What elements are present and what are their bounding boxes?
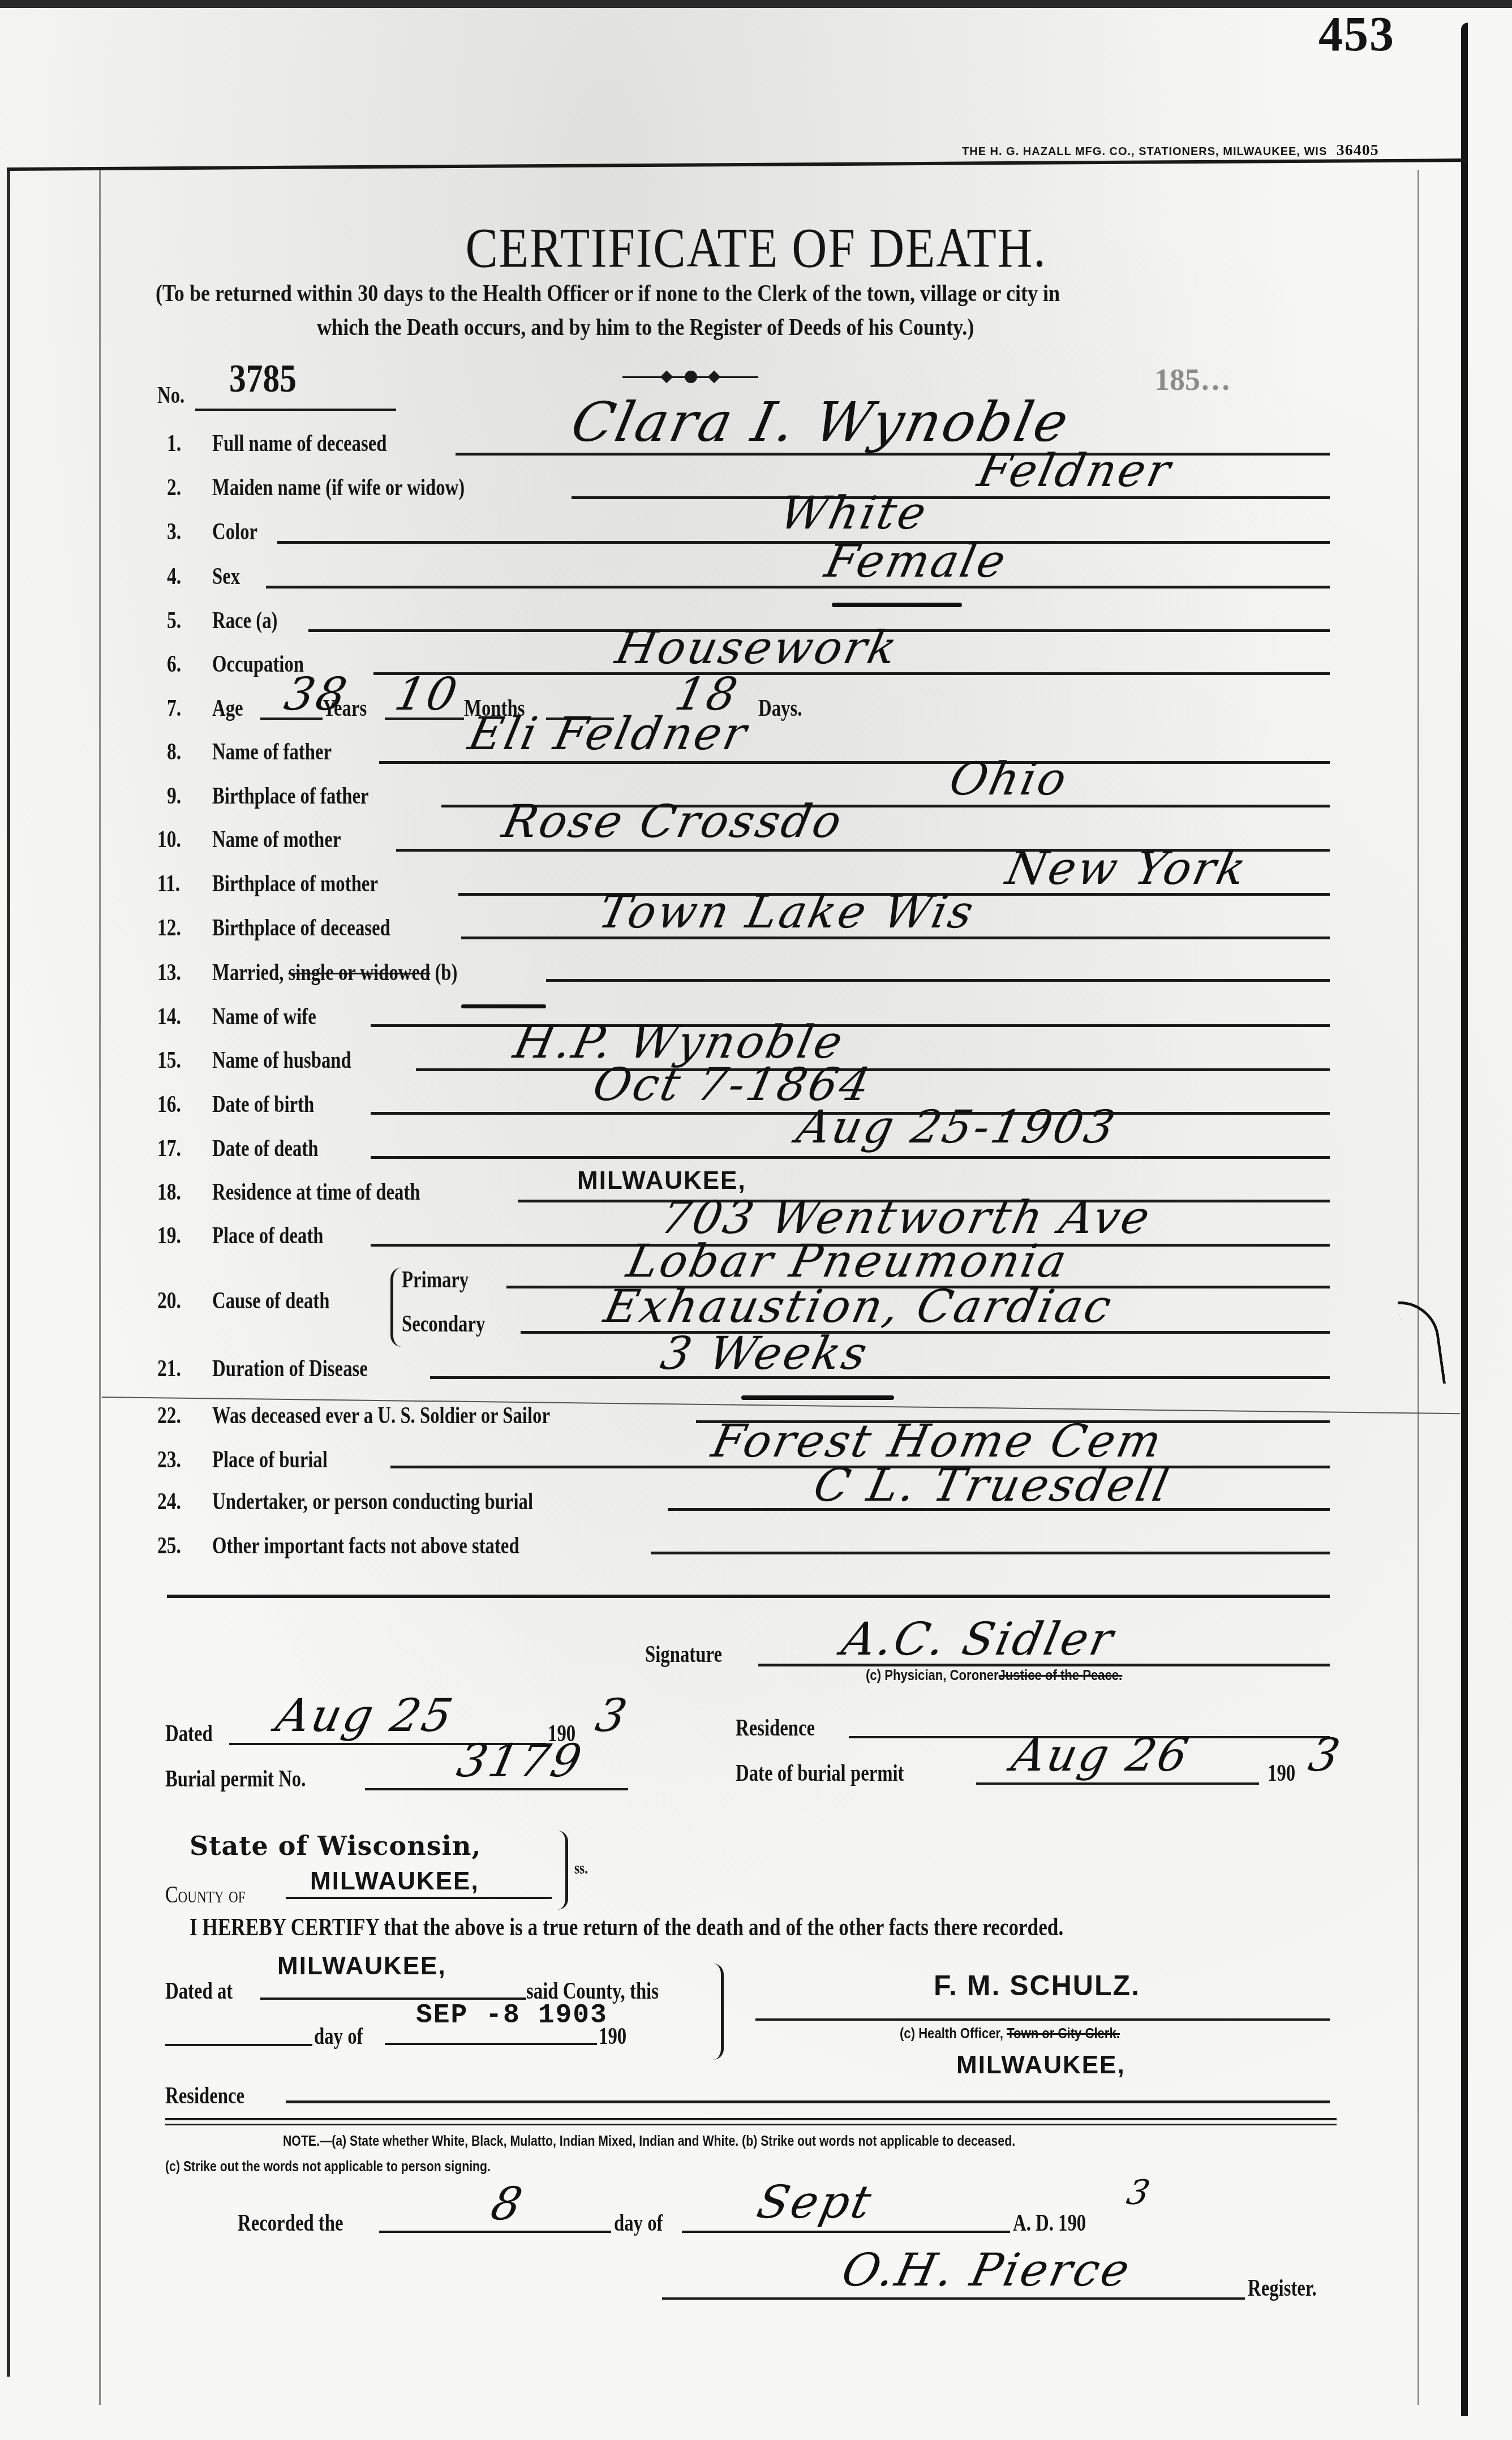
father-name[interactable]: Eli Feldner: [464, 707, 753, 760]
field-3-line: [277, 541, 1330, 544]
recorded-day-of-label: day of: [614, 2210, 663, 2237]
field-15-label: Name of husband: [212, 1047, 351, 1074]
field-24-label: Undertaker, or person conducting burial: [212, 1488, 533, 1515]
field-22-number: 22.: [157, 1402, 181, 1429]
day-of-label: day of: [314, 2023, 363, 2050]
certification-residence-line: [286, 2100, 1330, 2103]
field-9-number: 9.: [167, 783, 181, 810]
age-months[interactable]: 10: [390, 668, 464, 720]
field-9-label: Birthplace of father: [212, 783, 369, 810]
dated-year-suffix[interactable]: 3: [591, 1689, 634, 1742]
register-label: Register.: [1248, 2275, 1317, 2302]
physician-residence-label: Residence: [736, 1715, 815, 1742]
burial-permit-no-label: Burial permit No.: [165, 1765, 306, 1793]
field-13-label-tail: (b): [435, 960, 457, 986]
left-page-border: [7, 170, 10, 2377]
field-10-number: 10.: [157, 826, 181, 853]
right-inner-margin-line: [1417, 170, 1419, 2405]
field-4-line: [266, 586, 1330, 588]
day-of-line: [385, 2043, 597, 2045]
burial-permit-date-label: Date of burial permit: [736, 1760, 904, 1787]
health-officer-role-struck: Town or City Clerk.: [1007, 2025, 1120, 2042]
recorded-year-suffix[interactable]: 3: [1123, 2173, 1156, 2213]
field-8-label: Name of father: [212, 738, 332, 766]
instructions-line-1: (To be returned within 30 days to the He…: [156, 280, 1060, 307]
burial-permit-date-line: [976, 1782, 1259, 1785]
field-16-number: 16.: [157, 1091, 181, 1118]
field-17-line: [371, 1156, 1330, 1159]
wife-dash: [461, 1004, 546, 1008]
physician-signature[interactable]: A.C. Sidler: [837, 1613, 1120, 1665]
ornament-diamond-left: [660, 371, 673, 384]
field-21-number: 21.: [157, 1355, 181, 1382]
page-number: 453: [1318, 6, 1395, 62]
note-line-2: (c) Strike out the words not applicable …: [165, 2159, 491, 2175]
field-11-number: 11.: [157, 870, 180, 897]
state-county-brace: [557, 1831, 568, 1910]
ss-label: ss.: [574, 1859, 588, 1878]
mother-name[interactable]: Rose Crossdo: [498, 795, 848, 848]
notes-double-rule-bottom: [165, 2124, 1337, 2125]
register-line: [662, 2297, 1245, 2300]
burial-permit-year-prefix: 190: [1268, 1760, 1295, 1787]
health-officer-city: MILWAUKEE,: [956, 2051, 1126, 2080]
field-2-label: Maiden name (if wife or widow): [212, 474, 465, 501]
certificate-no-label: No.: [157, 382, 184, 409]
field-25-line: [651, 1552, 1330, 1554]
top-page-edge: [0, 0, 1512, 8]
color-value[interactable]: White: [775, 487, 933, 539]
field-13-label: Married, single or widowed (b): [212, 959, 457, 986]
form-number: 36405: [1337, 141, 1379, 159]
note-line-1: NOTE.—(a) State whether White, Black, Mu…: [283, 2133, 1015, 2150]
field-10-label: Name of mother: [212, 826, 341, 853]
certificate-no-line: [195, 409, 396, 411]
health-officer-role: (c) Health Officer, Town or City Clerk.: [900, 2025, 1120, 2042]
field-14-line: [371, 1024, 1330, 1027]
field-13-label-married: Married,: [212, 960, 283, 986]
section-divider-rule: [167, 1595, 1330, 1598]
field-14-number: 14.: [157, 1003, 181, 1030]
age-years-label: Years: [323, 695, 367, 722]
ornament-diamond-right: [708, 371, 721, 384]
stationer-name: THE H. G. HAZALL MFG. CO., STATIONERS, M…: [962, 145, 1327, 158]
occupation-value[interactable]: Housework: [611, 621, 904, 674]
day-blank-line: [165, 2044, 312, 2046]
field-6-number: 6.: [167, 651, 181, 678]
field-11-label: Birthplace of mother: [212, 870, 378, 897]
health-officer-line: [755, 2018, 1330, 2021]
field-5-label: Race (a): [212, 607, 278, 634]
mother-birthplace[interactable]: New York: [1002, 842, 1253, 895]
field-1-number: 1.: [167, 430, 181, 457]
field-22-label: Was deceased ever a U. S. Soldier or Sai…: [212, 1402, 550, 1429]
certification-year-prefix: 190: [599, 2023, 626, 2050]
secondary-cause[interactable]: Exhaustion, Cardiac: [600, 1280, 1118, 1333]
margin-bracket-mark: [1398, 1301, 1446, 1384]
death-certificate-page: 453 THE H. G. HAZALL MFG. CO., STATIONER…: [0, 0, 1512, 2440]
age-days-label: Days.: [758, 695, 802, 722]
physician-role-kept: (c) Physician, Coroner: [866, 1666, 999, 1683]
recorded-ad-label: A. D. 190: [1013, 2210, 1086, 2237]
date-of-death[interactable]: Aug 25-1903: [792, 1101, 1122, 1153]
certification-residence-label: Residence: [165, 2082, 244, 2110]
field-13-number: 13.: [157, 959, 181, 986]
field-16-label: Date of birth: [212, 1091, 314, 1118]
dated-label: Dated: [165, 1720, 213, 1747]
certificate-no: 3785: [229, 356, 297, 402]
stationer-imprint: THE H. G. HAZALL MFG. CO., STATIONERS, M…: [962, 141, 1379, 160]
field-20-label: Cause of death: [212, 1287, 329, 1314]
recorded-label: Recorded the: [238, 2210, 343, 2237]
notes-double-rule-top: [165, 2118, 1337, 2120]
field-12-label: Birthplace of deceased: [212, 914, 390, 942]
field-15-number: 15.: [157, 1047, 181, 1074]
father-birthplace[interactable]: Ohio: [945, 753, 1073, 805]
field-23-number: 23.: [157, 1446, 181, 1474]
recorded-day-line: [379, 2231, 611, 2233]
burial-permit-date[interactable]: Aug 26: [1007, 1729, 1195, 1781]
field-1-label: Full name of deceased: [212, 430, 386, 457]
state-label: State of Wisconsin,: [190, 1831, 481, 1861]
physician-role-struck: Justice of the Peace.: [999, 1666, 1123, 1683]
field-2-number: 2.: [167, 474, 181, 501]
field-12-number: 12.: [157, 914, 181, 942]
dated-at-value: MILWAUKEE,: [277, 1952, 446, 1981]
field-8-number: 8.: [167, 738, 181, 766]
field-7-label: Age: [212, 695, 243, 722]
instructions-line-2: which the Death occurs, and by him to th…: [317, 314, 974, 341]
left-inner-margin-line: [99, 170, 101, 2405]
signature-label: Signature: [645, 1641, 722, 1668]
field-21-line: [430, 1376, 1330, 1379]
field-21-label: Duration of Disease: [212, 1355, 368, 1382]
field-4-label: Sex: [212, 563, 240, 590]
field-3-label: Color: [212, 518, 257, 545]
field-20-number: 20.: [157, 1287, 181, 1314]
recorded-day[interactable]: 8: [487, 2177, 529, 2230]
field-13-label-struck: single or widowed: [289, 960, 431, 986]
field-13-line: [546, 979, 1330, 982]
field-2-line: [572, 496, 1330, 499]
ornament-circle: [685, 371, 697, 383]
secondary-label: Secondary: [402, 1311, 485, 1338]
physician-dated-value[interactable]: Aug 25: [272, 1689, 459, 1742]
field-17-label: Date of death: [212, 1135, 318, 1162]
field-24-number: 24.: [157, 1488, 181, 1515]
certification-date-stamp: SEP -8 1903: [416, 2000, 608, 2031]
health-officer-role-kept: (c) Health Officer,: [900, 2025, 1003, 2042]
county-value: MILWAUKEE,: [310, 1867, 479, 1896]
deceased-birthplace[interactable]: Town Lake Wis: [594, 886, 980, 938]
primary-label: Primary: [402, 1266, 469, 1294]
physician-role-label: (c) Physician, CoronerJustice of the Pea…: [866, 1666, 1122, 1684]
header-top-rule: [7, 158, 1467, 171]
burial-permit-no[interactable]: 3179: [453, 1734, 588, 1787]
sex-value[interactable]: Female: [821, 535, 1012, 587]
undertaker-name[interactable]: C L. Truesdell: [809, 1459, 1176, 1511]
field-5-number: 5.: [167, 607, 181, 634]
field-19-label: Place of death: [212, 1222, 324, 1249]
dated-at-line: [260, 1997, 526, 2000]
soldier-dash: [741, 1395, 894, 1400]
field-18-label: Residence at time of death: [212, 1179, 420, 1206]
race-dash: [832, 603, 962, 607]
right-page-border: [1461, 23, 1468, 2416]
dated-at-label: Dated at: [165, 1978, 233, 2005]
faded-stamp: 185…: [1154, 362, 1231, 397]
field-19-number: 19.: [157, 1222, 181, 1249]
health-officer-name: F. M. SCHULZ.: [934, 1969, 1140, 2002]
county-label: County of: [165, 1881, 246, 1909]
field-25-label: Other important facts not above stated: [212, 1532, 519, 1560]
dated-at-brace: [713, 1964, 724, 2060]
field-18-number: 18.: [157, 1179, 181, 1206]
field-3-number: 3.: [167, 518, 181, 545]
field-4-number: 4.: [167, 563, 181, 590]
county-line: [286, 1897, 552, 1899]
register-signature[interactable]: O.H. Pierce: [837, 2244, 1136, 2296]
field-14-label: Name of wife: [212, 1003, 316, 1030]
certify-statement: I HEREBY CERTIFY that the above is a tru…: [190, 1913, 1063, 1941]
duration-of-disease[interactable]: 3 Weeks: [656, 1327, 874, 1380]
field-7-number: 7.: [167, 695, 181, 722]
recorded-month[interactable]: Sept: [753, 2176, 878, 2228]
field-25-number: 25.: [157, 1532, 181, 1560]
burial-permit-no-line: [365, 1788, 628, 1790]
field-17-number: 17.: [157, 1135, 181, 1162]
recorded-month-line: [682, 2231, 1010, 2233]
field-8-line: [379, 761, 1330, 764]
page-title: CERTIFICATE OF DEATH.: [106, 215, 1406, 280]
maiden-name[interactable]: Feldner: [973, 444, 1177, 497]
field-23-label: Place of burial: [212, 1446, 328, 1474]
